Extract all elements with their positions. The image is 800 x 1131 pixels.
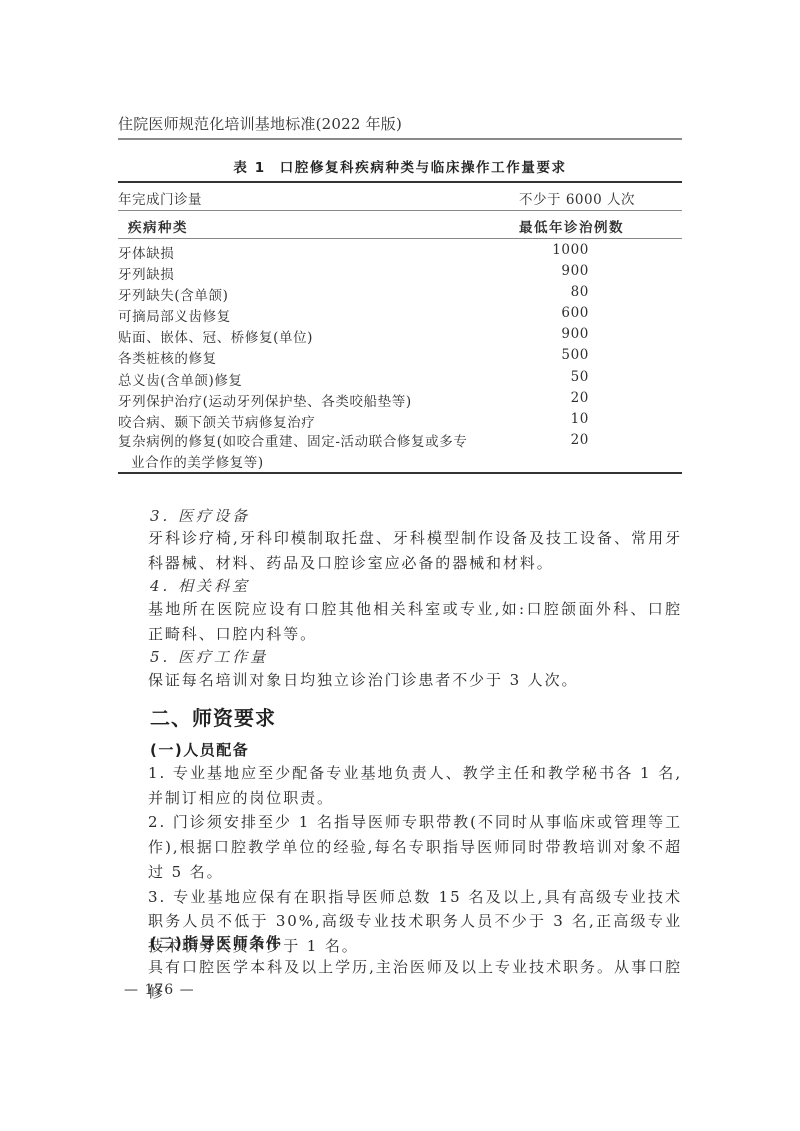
subsection-heading-supervisor: (二)指导医师条件 xyxy=(150,932,282,953)
paragraph-workload: 保证每名培训对象日均独立诊治门诊患者不少于 3 人次。 xyxy=(118,668,682,693)
disease-cell: 可摘局部义齿修复 xyxy=(118,305,231,325)
count-cell: 80 xyxy=(571,284,589,300)
table-row: 各类桩核的修复 500 xyxy=(118,345,682,366)
disease-cell: 牙列缺损 xyxy=(118,263,174,283)
staffing-item-1: 1. 专业基地应至少配备专业基地负责人、教学主任和教学秘书各 1 名,并制订相应… xyxy=(118,761,682,810)
table-caption: 表 1口腔修复科疾病种类与临床操作工作量要求 xyxy=(118,156,682,176)
disease-cell: 牙列保护治疗(运动牙列保护垫、各类咬船垫等) xyxy=(118,390,412,410)
disease-cell: 牙列缺失(含单颌) xyxy=(118,284,228,304)
disease-cell-line2: 业合作的美学修复等) xyxy=(118,453,518,474)
count-cell: 1000 xyxy=(552,242,589,258)
table-row: 复杂病例的修复(如咬合重建、固定-活动联合修复或多专业合作的美学修复等) 20 xyxy=(118,430,682,472)
disease-cell: 贴面、嵌体、冠、桥修复(单位) xyxy=(118,326,313,346)
count-cell: 10 xyxy=(571,411,589,427)
table-header-row: 疾病种类 最低年诊治例数 xyxy=(118,211,682,238)
table-body: 牙体缺损 1000 牙列缺损 900 牙列缺失(含单颌) 80 可摘局部义齿修复… xyxy=(118,239,682,473)
disease-cell: 牙体缺损 xyxy=(118,242,174,262)
disease-cell: 复杂病例的修复(如咬合重建、固定-活动联合修复或多专业合作的美学修复等) xyxy=(118,432,518,474)
subsection-heading-equipment: 3. 医疗设备 xyxy=(150,505,250,526)
count-cell: 600 xyxy=(561,305,589,321)
section-heading-faculty: 二、师资要求 xyxy=(150,702,276,731)
annual-visits-row: 年完成门诊量 不少于 6000 人次 xyxy=(118,183,682,210)
header-rule xyxy=(118,138,682,140)
count-cell: 500 xyxy=(561,347,589,363)
column-header-count: 最低年诊治例数 xyxy=(519,216,624,236)
table-row: 牙列保护治疗(运动牙列保护垫、各类咬船垫等) 20 xyxy=(118,388,682,409)
table-row: 贴面、嵌体、冠、桥修复(单位) 900 xyxy=(118,324,682,345)
annual-visits-value: 不少于 6000 人次 xyxy=(519,188,635,208)
table-row: 可摘局部义齿修复 600 xyxy=(118,303,682,324)
disease-cell-line1: 复杂病例的修复(如咬合重建、固定-活动联合修复或多专 xyxy=(118,434,467,450)
table-number: 表 1 xyxy=(233,160,265,176)
page-number: — 176 — xyxy=(124,982,195,998)
subsection-heading-departments: 4. 相关科室 xyxy=(150,575,250,596)
disease-cell: 咬合病、颞下颌关节病修复治疗 xyxy=(118,411,315,431)
count-cell: 900 xyxy=(561,263,589,279)
disease-cell: 各类桩核的修复 xyxy=(118,347,217,367)
count-cell: 50 xyxy=(571,369,589,385)
annual-visits-label: 年完成门诊量 xyxy=(118,188,202,208)
table-row: 牙列缺失(含单颌) 80 xyxy=(118,282,682,303)
count-cell: 20 xyxy=(571,432,589,448)
count-cell: 20 xyxy=(571,390,589,406)
table-row: 牙列缺损 900 xyxy=(118,261,682,282)
count-cell: 900 xyxy=(561,326,589,342)
subsection-heading-workload: 5. 医疗工作量 xyxy=(150,646,268,667)
subsection-heading-staffing: (一)人员配备 xyxy=(150,739,249,760)
staffing-items: 1. 专业基地应至少配备专业基地负责人、教学主任和教学秘书各 1 名,并制订相应… xyxy=(118,761,682,959)
paragraph-supervisor: 具有口腔医学本科及以上学历,主治医师及以上专业技术职务。从事口腔修 xyxy=(118,955,682,1004)
disease-cell: 总义齿(含单颌)修复 xyxy=(118,369,243,389)
paragraph-departments: 基地所在医院应设有口腔其他相关科室或专业,如:口腔颌面外科、口腔正畸科、口腔内科… xyxy=(118,597,682,646)
table-title: 口腔修复科疾病种类与临床操作工作量要求 xyxy=(280,160,567,176)
table-row: 牙体缺损 1000 xyxy=(118,240,682,261)
paragraph-equipment: 牙科诊疗椅,牙科印模制取托盘、牙科模型制作设备及技工设备、常用牙科器械、材料、药… xyxy=(118,526,682,575)
table-row: 总义齿(含单颌)修复 50 xyxy=(118,367,682,388)
workload-table: 年完成门诊量 不少于 6000 人次 疾病种类 最低年诊治例数 牙体缺损 100… xyxy=(118,181,682,474)
table-row: 咬合病、颞下颌关节病修复治疗 10 xyxy=(118,409,682,430)
column-header-disease: 疾病种类 xyxy=(128,216,188,236)
running-header: 住院医师规范化培训基地标准(2022 年版) xyxy=(118,113,402,134)
staffing-item-2: 2. 门诊须安排至少 1 名指导医师专职带教(不同时从事临床或管理等工作),根据… xyxy=(118,810,682,884)
